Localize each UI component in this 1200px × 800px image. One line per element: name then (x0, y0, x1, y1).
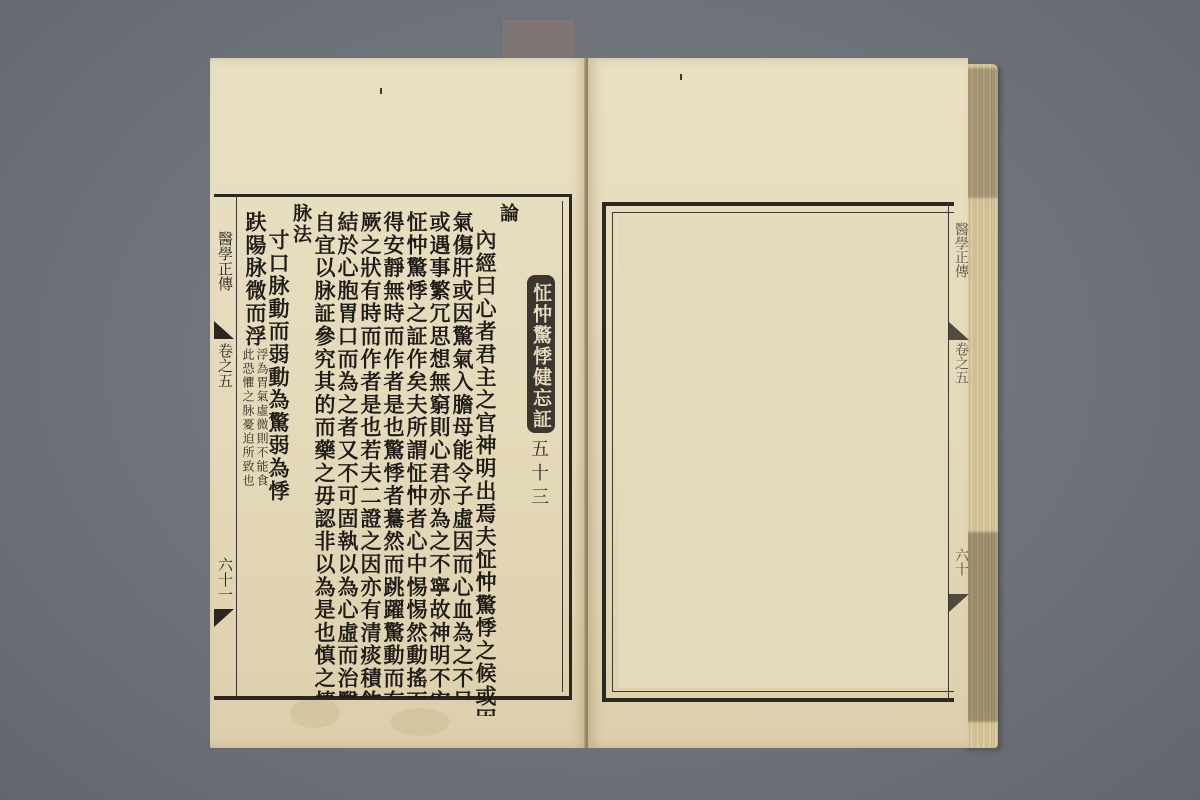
interlinear-notes: 浮為胃氣虛微則不能食 此恐懼之脉憂迫所致也 (240, 348, 268, 488)
text-column-7: 結於心胞胃口而為之者又不可固執以為心虛而治醫者 (337, 203, 360, 698)
text-column-4: 怔忡驚悸之証作矣夫所謂怔忡者心中惕惕然動搖而不 (406, 203, 429, 698)
spine-page-number: 六十 (951, 548, 971, 576)
paper-mark (680, 74, 682, 80)
section-label-lun: 論 (498, 203, 521, 690)
fishtail-mark-lower (214, 609, 234, 627)
pulse-line-2: 趺陽脉微而浮 (240, 203, 268, 348)
printed-frame-right (602, 202, 954, 702)
text-column-6: 厥之狀有時而作者是也若夫二證之因亦有清痰積飲留 (360, 203, 383, 698)
foxing-stain (290, 698, 340, 728)
spine-book-title: 醫學正傳 (951, 222, 971, 278)
paper-mark (380, 88, 382, 94)
pulse-section-label: 脉法 (291, 203, 314, 690)
open-book: 醫學正傳 卷之五 六十一 怔忡驚悸健忘証 五十三 論 內經曰心者君主之官神明出焉… (210, 58, 1000, 750)
text-column-8: 自宜以脉証參究其的而藥之毋認非以為是也慎之慎之 (314, 203, 337, 698)
frame-inner-rule (562, 201, 563, 692)
note-left: 此恐懼之脉憂迫所致也 (240, 348, 254, 488)
text-column-3: 或遇事繁冗思想無窮則心君亦為之不寧故神明不安而 (429, 203, 452, 698)
left-page: 醫學正傳 卷之五 六十一 怔忡驚悸健忘証 五十三 論 內經曰心者君主之官神明出焉… (210, 58, 586, 748)
spine-volume: 卷之五 (215, 343, 236, 388)
pulse-line-2-with-notes: 趺陽脉微而浮 浮為胃氣虛微則不能食 此恐懼之脉憂迫所致也 (240, 203, 268, 690)
spine-page-number: 六十一 (215, 557, 236, 602)
body-text: 論 內經曰心者君主之官神明出焉夫怔忡驚悸之候或因怒 氣傷肝或因驚氣入膽母能令子虛… (240, 203, 521, 690)
spine-book-title: 醫學正傳 (215, 231, 236, 291)
fishtail-mark-upper (214, 321, 234, 339)
fishtail-mark-lower (949, 594, 969, 612)
text-column-5: 得安靜無時而作者是也驚悸者驀然而跳躍驚動而有欲 (383, 203, 406, 698)
note-right: 浮為胃氣虛微則不能食 (254, 348, 268, 488)
pulse-line-1: 寸口脉動而弱動為驚弱為悸 (268, 203, 291, 716)
centre-strip-left: 醫學正傳 卷之五 六十一 (214, 197, 237, 696)
text-column-1: 內經曰心者君主之官神明出焉夫怔忡驚悸之候或因怒 (475, 203, 498, 716)
centre-strip-right: 醫學正傳 卷之五 六十 (948, 202, 969, 702)
spine-volume: 卷之五 (951, 342, 971, 384)
blank-text-area (618, 216, 950, 688)
fishtail-mark-upper (949, 322, 969, 340)
leaf-number: 五十三 (525, 439, 551, 511)
text-column-2: 氣傷肝或因驚氣入膽母能令子虛因而心血為之不足又 (452, 203, 475, 698)
printed-frame-left: 醫學正傳 卷之五 六十一 怔忡驚悸健忘証 五十三 論 內經曰心者君主之官神明出焉… (214, 194, 572, 700)
foxing-stain (390, 708, 450, 736)
chapter-title-cartouche: 怔忡驚悸健忘証 (527, 275, 555, 433)
